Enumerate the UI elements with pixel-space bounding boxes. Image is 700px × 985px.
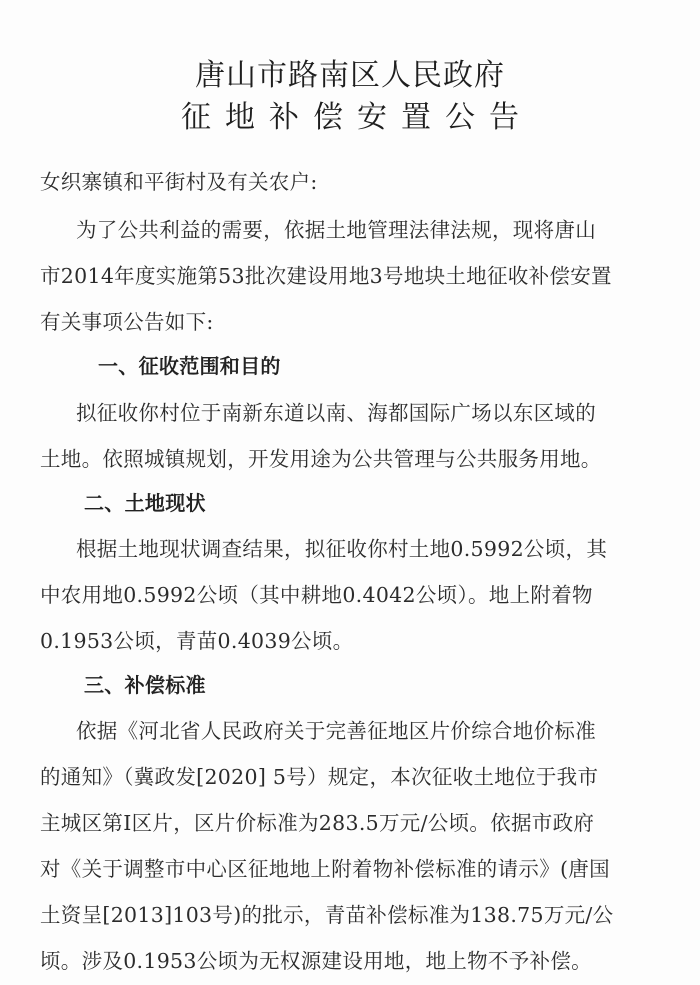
salutation: 女织寨镇和平街村及有关农户:	[40, 168, 670, 196]
intro-line: 市2014年度实施第53批次建设用地3号地块土地征收补偿安置	[40, 262, 670, 290]
intro-line: 有关事项公告如下:	[40, 308, 670, 336]
section-line: 的通知》（冀政发[2020] 5号）规定，本次征收土地位于我市	[40, 763, 670, 791]
section-heading-scope: 一、征收范围和目的	[98, 352, 700, 380]
section-heading-land-status: 二、土地现状	[84, 489, 700, 517]
document-page: 唐山市路南区人民政府 征地补偿安置公告 女织寨镇和平街村及有关农户: 为了公共利…	[0, 0, 700, 985]
section-heading-compensation: 三、补偿标准	[84, 671, 700, 699]
intro-line: 为了公共利益的需要，依据土地管理法律法规，现将唐山	[76, 216, 670, 244]
section-line: 中农用地0.5992公顷（其中耕地0.4042公顷）。地上附着物	[40, 581, 670, 609]
section-line: 顷。涉及0.1953公顷为无权源建设用地，地上物不予补偿。	[40, 947, 670, 975]
section-line: 主城区第Ⅰ区片，区片价标准为283.5万元/公顷。依据市政府	[40, 809, 670, 837]
section-line: 根据土地现状调查结果，拟征收你村土地0.5992公顷，其	[76, 535, 670, 563]
section-line: 0.1953公顷，青苗0.4039公顷。	[40, 627, 670, 655]
section-line: 土地。依照城镇规划，开发用途为公共管理与公共服务用地。	[40, 445, 670, 473]
document-title: 唐山市路南区人民政府 征地补偿安置公告	[0, 56, 700, 140]
section-line: 对《关于调整市中心区征地地上附着物补偿标准的请示》(唐国	[40, 855, 670, 883]
title-subject: 征地补偿安置公告	[0, 96, 700, 140]
section-line: 拟征收你村位于南新东道以南、海都国际广场以东区域的	[76, 399, 670, 427]
section-line: 土资呈[2013]103号)的批示，青苗补偿标准为138.75万元/公	[40, 901, 670, 929]
section-line: 依据《河北省人民政府关于完善征地区片价综合地价标准	[76, 717, 670, 745]
title-issuer: 唐山市路南区人民政府	[0, 56, 700, 96]
